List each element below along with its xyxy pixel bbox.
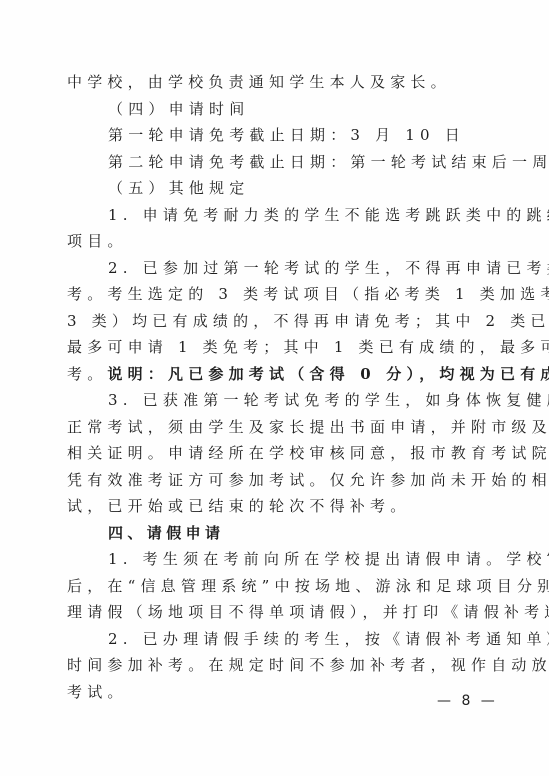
text-line: 3. 已获准第一轮考试免考的学生，如身体恢复健康要求参加 [67, 387, 487, 414]
section-heading-leave-application: 四、请假申请 [67, 520, 487, 547]
text-line: 理请假（场地项目不得单项请假），并打印《请假补考通知单》。 [67, 599, 487, 626]
document-body: 中学校，由学校负责通知学生本人及家长。 （四）申请时间 第一轮申请免考截止日期：… [67, 69, 487, 705]
text-line: 2. 已办理请假手续的考生，按《请假补考通知单》上的规定 [67, 626, 487, 653]
text-line: 后，在“信息管理系统”中按场地、游泳和足球项目分别登记办 [67, 573, 487, 600]
text-line: 1. 考生须在考前向所在学校提出请假申请。学校审核通过 [67, 546, 487, 573]
section-heading-application-time: （四）申请时间 [67, 96, 487, 123]
text-line: 第一轮申请免考截止日期：3 月 10 日 [67, 122, 487, 149]
text-line-with-note: 考。说明：凡已参加考试（含得 0 分），均视为已有成绩。 [67, 361, 487, 388]
text-line: 相关证明。申请经所在学校审核同意，报市教育考试院批准后， [67, 440, 487, 467]
text-line: 中学校，由学校负责通知学生本人及家长。 [67, 69, 487, 96]
text-line: 正常考试，须由学生及家长提出书面申请，并附市级及以上医院 [67, 414, 487, 441]
text-line: 时间参加补考。在规定时间不参加补考者，视作自动放弃该轮次 [67, 652, 487, 679]
text-line: 第二轮申请免考截止日期：第一轮考试结束后一周内 [67, 149, 487, 176]
text-line: 试，已开始或已结束的轮次不得补考。 [67, 493, 487, 520]
text-line: 考试。 [67, 679, 487, 706]
page-number: — 8 — [437, 693, 498, 709]
bold-note: 说明：凡已参加考试（含得 0 分），均视为已有成绩。 [107, 365, 549, 383]
text-line: 1. 申请免考耐力类的学生不能选考跳跃类中的跳绳(1 分钟) [67, 202, 487, 229]
text-line: 凭有效准考证方可参加考试。仅允许参加尚未开始的相应轮次考 [67, 467, 487, 494]
text-line: 2. 已参加过第一轮考试的学生，不得再申请已考类别的免 [67, 255, 487, 282]
text-line: 项目。 [67, 228, 487, 255]
document-page: 中学校，由学校负责通知学生本人及家长。 （四）申请时间 第一轮申请免考截止日期：… [0, 0, 549, 776]
section-heading-other-rules: （五）其他规定 [67, 175, 487, 202]
text-line: 最多可申请 1 类免考；其中 1 类已有成绩的，最多可申请 2 类免 [67, 334, 487, 361]
text-plain: 考。 [67, 365, 107, 383]
text-line: 考。考生选定的 3 类考试项目（指必考类 1 类加选考类 2 类，共 [67, 281, 487, 308]
text-line: 3 类）均已有成绩的，不得再申请免考；其中 2 类已有成绩的， [67, 308, 487, 335]
